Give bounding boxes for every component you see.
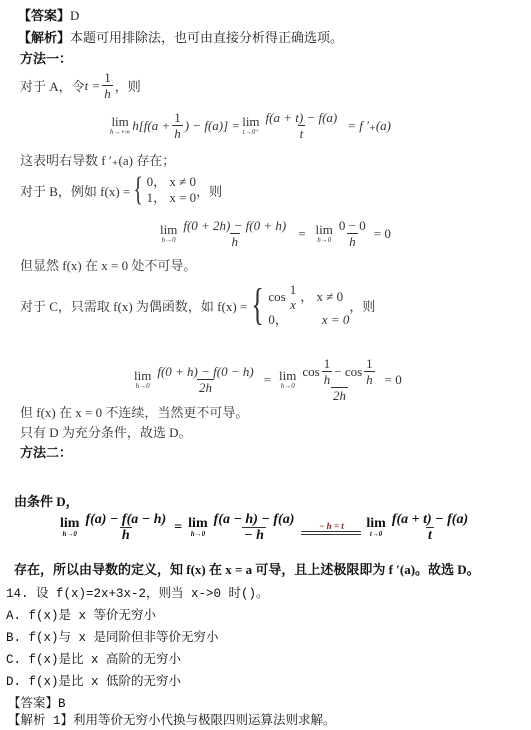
substitution-label: − h = t xyxy=(301,521,361,535)
fraction: f(0 + h) − f(0 − h)2h xyxy=(155,364,255,395)
answer-value: D xyxy=(70,8,79,23)
limit: limh→0 xyxy=(160,224,177,244)
answer-label: 【答案】 xyxy=(18,9,70,24)
numerator: f(a − h) − f(a) xyxy=(212,512,297,527)
method2-conclusion: 存在，所以由导数的定义，知 f(x) 在 x = a 可导，且上述极限即为 f … xyxy=(14,562,480,578)
equation-1: limh→+∞ h[f(a + 1h ) − f(a)] = limt→0⁺ f… xyxy=(108,110,391,141)
fraction: 1h xyxy=(102,70,113,101)
numerator: 1 xyxy=(102,70,113,85)
option-a-intro: 对于 A，令 t = 1h ，则 xyxy=(20,70,141,101)
numerator: 1 xyxy=(364,356,375,371)
lim-sub: t→0 xyxy=(370,530,382,538)
text: cos xyxy=(268,289,285,305)
fraction: f(a − h) − f(a)− h xyxy=(212,512,297,543)
numerator: f(a + t) − f(a) xyxy=(264,110,340,125)
limit: limh→+∞ xyxy=(110,116,130,136)
b-conclusion: 但显然 f(x) 在 x = 0 处不可导。 xyxy=(20,258,196,274)
fraction: f(a + t) − f(a)t xyxy=(390,512,470,543)
q14-stem: 14. 设 f(x)=2x+3x-2，则当 x->0 时()。 xyxy=(6,586,269,602)
numerator: cos 1h − cos 1h xyxy=(300,356,378,387)
text: ，则 xyxy=(115,76,141,95)
option-c-intro: 对于 C，只需取 f(x) 为偶函数，如 f(x) = { cos1x， x ≠… xyxy=(20,282,375,328)
text: = f ′₊(a) xyxy=(347,118,391,134)
text: 0， xyxy=(268,312,288,327)
text: = xyxy=(298,226,305,242)
lim-text: lim xyxy=(366,518,385,530)
lim-text: lim xyxy=(188,518,207,530)
denominator: x xyxy=(288,297,298,312)
limit: limh→0 xyxy=(316,224,333,244)
q14-answer: 【答案】B xyxy=(8,696,66,712)
text: = xyxy=(264,372,271,388)
text: cos xyxy=(302,364,319,379)
denominator: h xyxy=(364,371,375,387)
text: = xyxy=(174,520,182,536)
lim-sub: h→+∞ xyxy=(110,128,130,136)
numerator: f(0 + 2h) − f(0 + h) xyxy=(181,218,288,233)
limit: limh→0 xyxy=(188,518,207,538)
fraction: 0 − 0h xyxy=(337,218,368,249)
fraction: 1h xyxy=(322,356,333,387)
numerator: f(a) − f(a − h) xyxy=(83,512,168,527)
fraction: f(a + t) − f(a)t xyxy=(264,110,340,141)
lim-sub: h→0 xyxy=(317,236,331,244)
numerator: f(0 + h) − f(0 − h) xyxy=(155,364,255,379)
limit: limt→0 xyxy=(366,518,385,538)
cases: cos1x， x ≠ 0 0，x = 0 xyxy=(268,282,349,328)
c-conclusion: 但 f(x) 在 x = 0 不连续，当然更不可导。 xyxy=(20,405,248,421)
q14-option-c: C. f(x)是比 x 高阶的无穷小 xyxy=(6,652,181,668)
q14-option-a: A. f(x)是 x 等价无穷小 xyxy=(6,608,156,624)
lim-text: lim xyxy=(242,116,259,128)
equation-2: limh→0 f(0 + 2h) − f(0 + h)h = limh→0 0 … xyxy=(158,218,391,249)
lim-sub: h→0 xyxy=(191,530,205,538)
lim-sub: h→0 xyxy=(162,236,176,244)
q14-option-d: D. f(x)是比 x 低阶的无穷小 xyxy=(6,674,181,690)
method2-intro: 由条件 D， xyxy=(14,494,79,510)
cases: 0， x ≠ 01， x = 0 xyxy=(147,174,197,206)
denominator: h xyxy=(172,125,183,141)
limit: limh→0 xyxy=(134,370,151,390)
limit: limh→0 xyxy=(279,370,296,390)
text: x = 0 xyxy=(322,312,350,327)
lim-text: lim xyxy=(60,518,79,530)
method1-label: 方法一： xyxy=(20,52,72,68)
text: ， x ≠ 0 xyxy=(300,289,343,305)
denominator: h xyxy=(120,527,132,543)
text: − cos xyxy=(334,364,362,379)
a-conclusion: 这表明右导数 f ′₊(a) 存在； xyxy=(20,153,175,169)
lim-text: lim xyxy=(160,224,177,236)
brace: { xyxy=(134,173,144,207)
lim-text: lim xyxy=(111,116,128,128)
case: 0，x = 0 xyxy=(268,312,349,328)
fraction: 1h xyxy=(172,110,183,141)
analysis-line: 【解析】本题可用排除法，也可由直接分析得正确选项。 xyxy=(18,30,343,47)
equation-3: limh→0 f(0 + h) − f(0 − h)2h = limh→0 co… xyxy=(132,356,402,403)
numerator: 1 xyxy=(288,282,299,297)
answer-line: 【答案】D xyxy=(18,8,79,25)
text: ，则 xyxy=(349,296,375,315)
numerator: 1 xyxy=(172,110,183,125)
denominator: 2h xyxy=(331,387,348,403)
lim-sub: h→0 xyxy=(136,382,150,390)
fraction: 1x xyxy=(288,282,299,312)
text: h[f(a + xyxy=(132,118,170,134)
case: cos1x， x ≠ 0 xyxy=(268,282,349,312)
denominator: h xyxy=(322,371,333,387)
q14-analysis: 【解析 1】利用等价无穷小代换与极限四则运算法则求解。 xyxy=(8,713,336,729)
fraction: f(a) − f(a − h)h xyxy=(83,512,168,543)
numerator: 1 xyxy=(322,356,333,371)
fraction: f(0 + 2h) − f(0 + h)h xyxy=(181,218,288,249)
lim-text: lim xyxy=(279,370,296,382)
denominator: 2h xyxy=(197,379,214,395)
case: 0， x ≠ 0 xyxy=(147,174,197,190)
equation-4: limh→0 f(a) − f(a − h)h = limh→0 f(a − h… xyxy=(58,512,472,543)
numerator: 0 − 0 xyxy=(337,218,368,233)
lim-text: lim xyxy=(134,370,151,382)
limit: limh→0 xyxy=(60,518,79,538)
brace: { xyxy=(251,283,264,327)
analysis-label: 【解析】 xyxy=(18,31,70,46)
denominator: t xyxy=(298,125,306,141)
denominator: h xyxy=(102,85,113,101)
text: = 0 xyxy=(385,372,402,388)
limit: limt→0⁺ xyxy=(242,116,259,136)
denominator: t xyxy=(426,527,434,543)
denominator: h xyxy=(230,233,241,249)
method2-label: 方法二： xyxy=(20,446,72,462)
double-bar xyxy=(301,531,361,535)
text: 对于 B，例如 f(x) = xyxy=(20,181,130,200)
text: 对于 C，只需取 f(x) 为偶函数，如 f(x) = xyxy=(20,296,247,315)
lim-sub: t→0⁺ xyxy=(243,128,259,136)
q14-option-b: B. f(x)与 x 是同阶但非等价无穷小 xyxy=(6,630,219,646)
fraction: 1h xyxy=(364,356,375,387)
denominator: h xyxy=(347,233,358,249)
text: t = xyxy=(85,78,101,94)
lim-sub: h→0 xyxy=(281,382,295,390)
text: 对于 A，令 xyxy=(20,76,85,95)
analysis-text: 本题可用排除法，也可由直接分析得正确选项。 xyxy=(70,30,343,45)
text: = 0 xyxy=(374,226,391,242)
case: 1， x = 0 xyxy=(147,190,197,206)
text: ) − f(a)] = xyxy=(185,118,240,134)
denominator: − h xyxy=(242,527,266,543)
lim-text: lim xyxy=(316,224,333,236)
text: − h = t xyxy=(319,521,344,531)
text: ，则 xyxy=(196,181,222,200)
d-conclusion: 只有 D 为充分条件，故选 D。 xyxy=(20,425,192,441)
option-b-intro: 对于 B，例如 f(x) = { 0， x ≠ 01， x = 0 ，则 xyxy=(20,173,222,207)
fraction: cos 1h − cos 1h 2h xyxy=(300,356,378,403)
lim-sub: h→0 xyxy=(63,530,77,538)
numerator: f(a + t) − f(a) xyxy=(390,512,470,527)
